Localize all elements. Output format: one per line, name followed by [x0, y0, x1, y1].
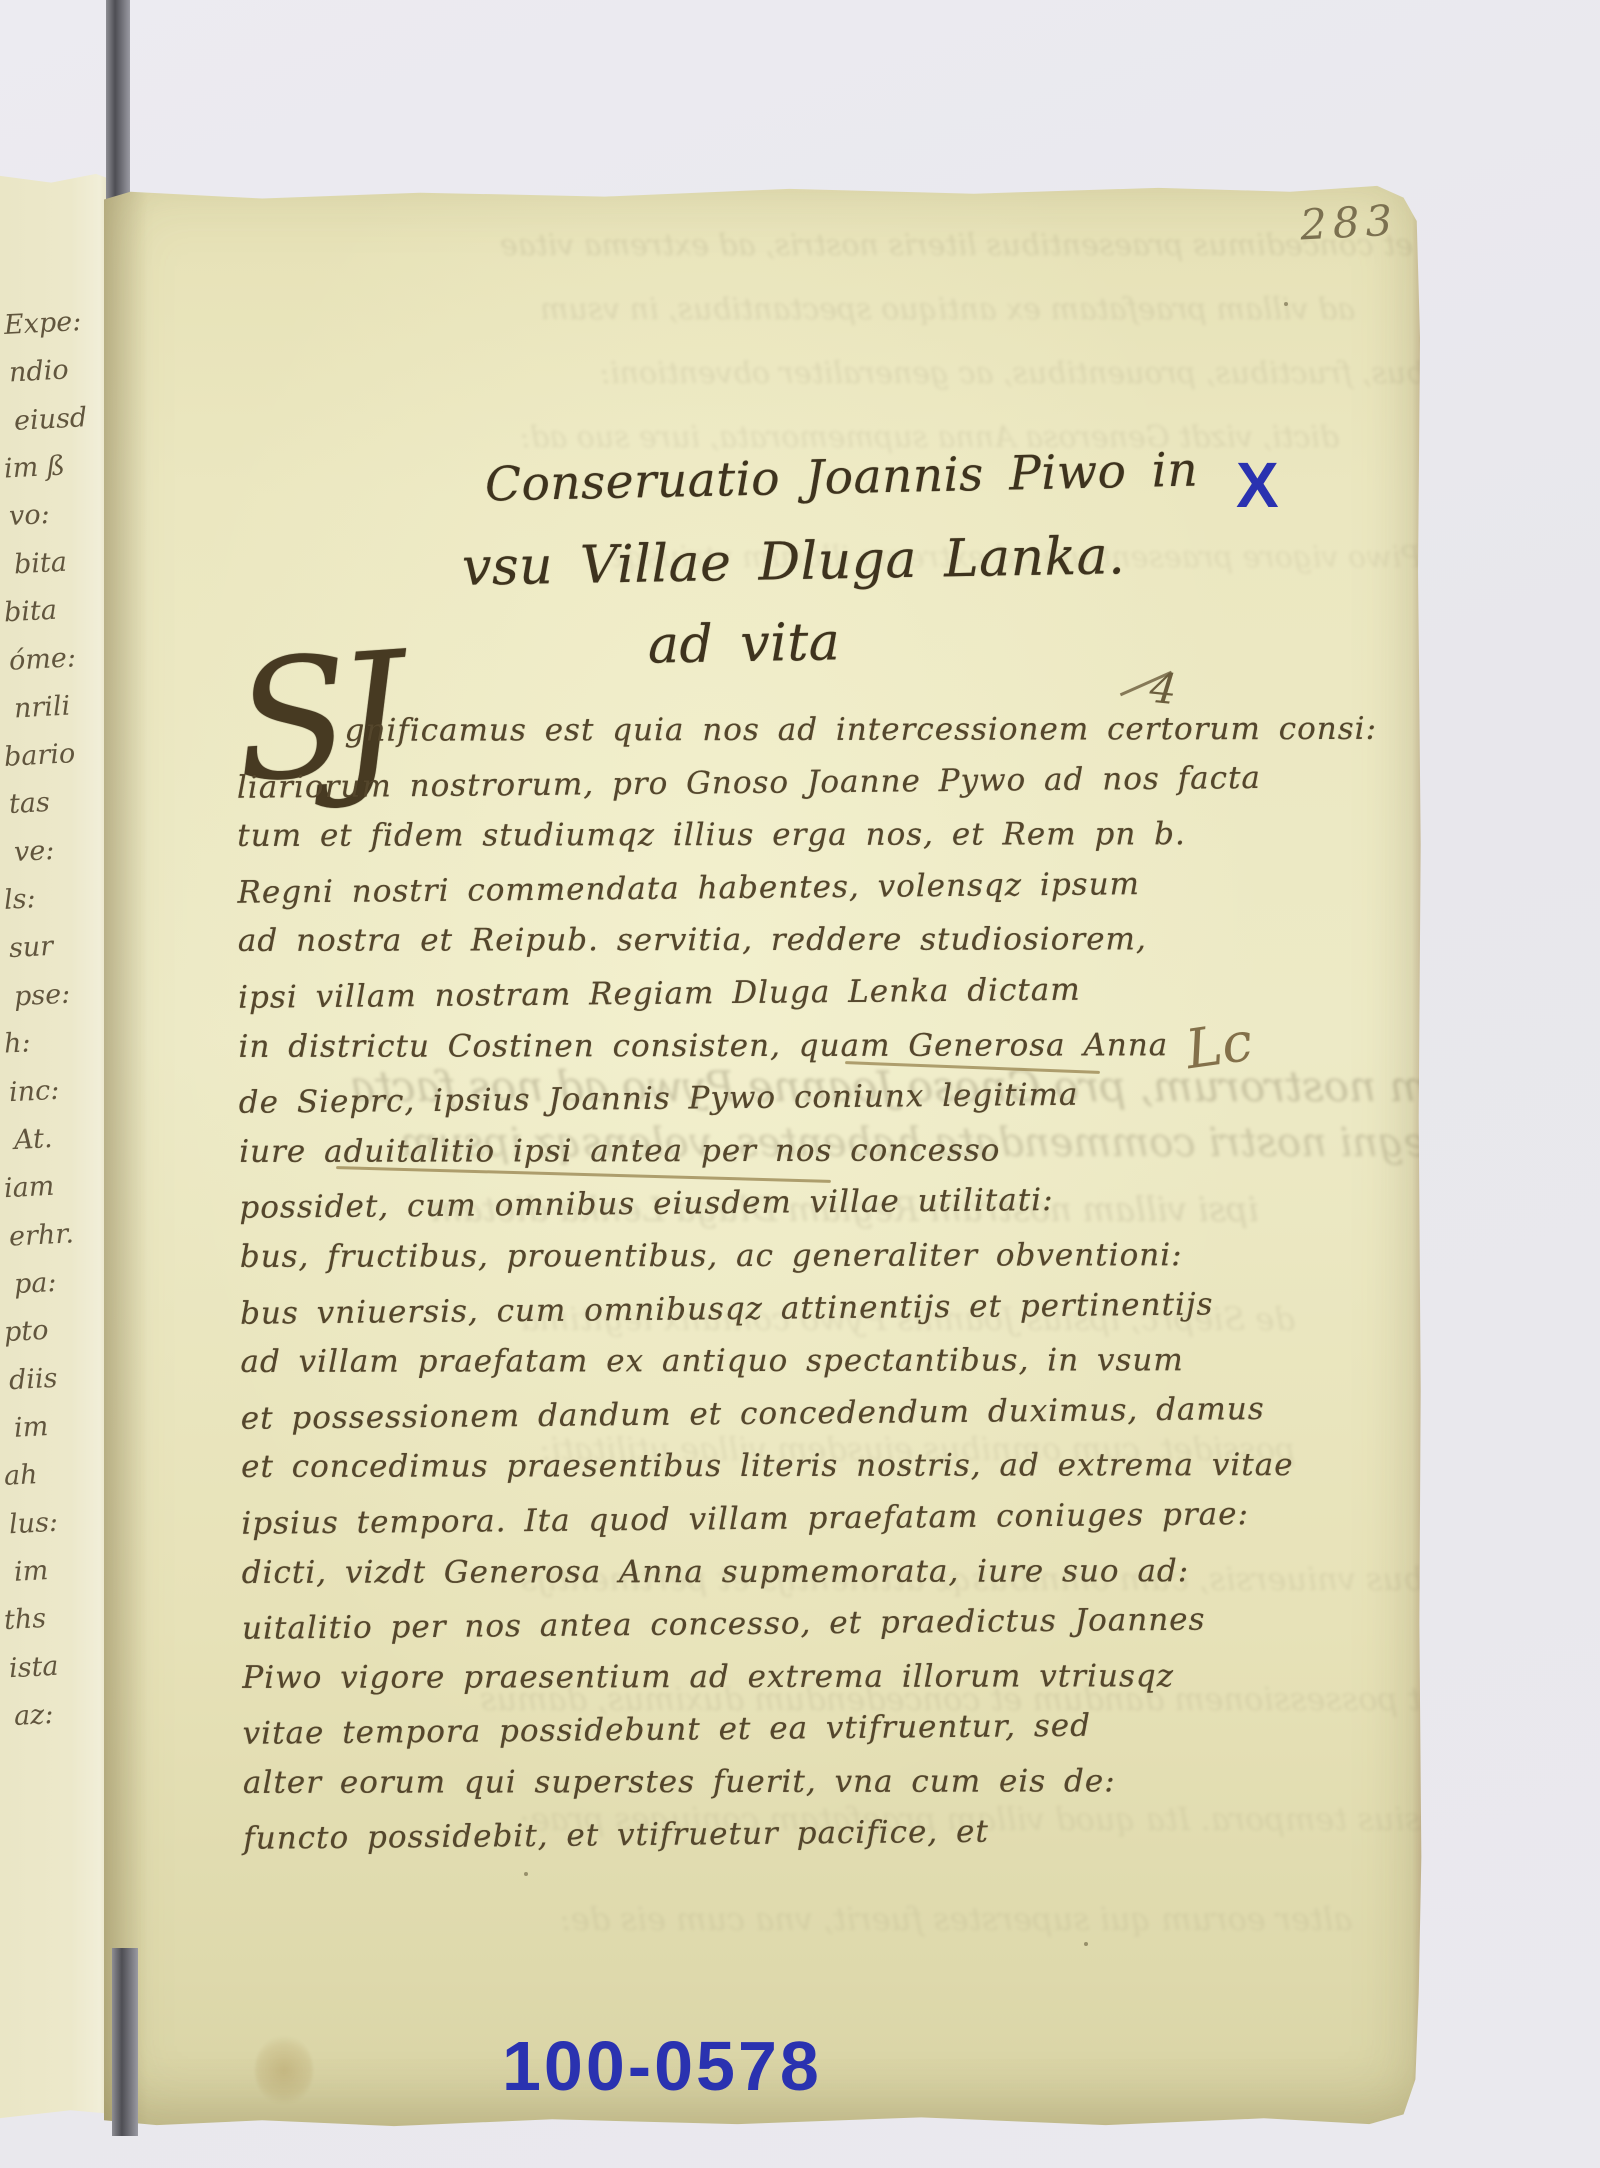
prev-page-fragment: pse: [13, 979, 71, 1013]
body-line: ad villam praefatam ex antiquo spectanti… [240, 1342, 1240, 1396]
speck [1084, 1942, 1088, 1946]
body-line: liariorum nostrorum, pro Gnoso Joanne Py… [237, 760, 1237, 822]
speck [524, 1872, 528, 1876]
page-holder-rod-top [106, 0, 130, 210]
prev-page-fragment: ths [3, 1603, 47, 1636]
prev-page-fragment: ah [3, 1459, 38, 1492]
prev-page-fragment: ista [8, 1651, 59, 1685]
body-line: vitae tempora possidebunt et ea vtifruen… [243, 1706, 1243, 1768]
prev-page-fragment: ls: [3, 883, 36, 916]
page-number: 283 [1299, 195, 1400, 249]
speck [1284, 302, 1288, 306]
body-line: ipsi villam nostram Regiam Dluga Lenka d… [238, 970, 1238, 1032]
catalog-number-label: 100-0578 [502, 2026, 822, 2106]
prev-page-fragment: sur [8, 931, 54, 964]
body-line: de Sieprc, ipsius Joannis Pywo coniunx l… [239, 1075, 1239, 1137]
body-line: functo possidebit, et vtifruetur pacific… [243, 1812, 1243, 1874]
body-line: dicti, vizdt Generosa Anna supmemorata, … [242, 1553, 1242, 1607]
body-line: alter eorum qui superstes fuerit, vna cu… [243, 1763, 1243, 1817]
prev-page-fragment: nrili [13, 691, 71, 725]
manuscript-page: et concedimus praesentibus literis nostr… [104, 182, 1422, 2130]
prev-page-fragment: bita [13, 547, 67, 581]
prev-page-fragment: eiusd [13, 402, 88, 437]
ghost-writing: ad villam praefatam ex antiquo spectanti… [540, 292, 1355, 327]
prev-page-fragment: bita [3, 595, 57, 629]
prev-page-fragment: im [13, 1555, 49, 1588]
body-line: bus, fructibus, prouentibus, ac generali… [240, 1237, 1240, 1291]
prev-page-fragment: lus: [8, 1507, 59, 1541]
body-line: Regni nostri commendata habentes, volens… [237, 865, 1237, 927]
prev-page-fragment: pa: [13, 1267, 57, 1300]
prev-page-fragment: h: [3, 1027, 31, 1059]
page-holder-rod-bottom [112, 1948, 138, 2136]
prev-page-fragment: im ß [3, 450, 65, 484]
title-line-2: vsu Villae Dluga Lanka. [462, 526, 1126, 598]
body-line: ipsius tempora. Ita quod villam praefata… [241, 1496, 1241, 1558]
title-line-3: ad vita [647, 612, 840, 675]
body-line: tum et fidem studiumqz illius erga nos, … [237, 816, 1237, 870]
ghost-writing: alter eorum qui superstes fuerit, vna cu… [560, 1900, 1352, 1938]
blue-x-mark: X [1236, 448, 1279, 522]
prev-page-fragment: At. [13, 1123, 53, 1156]
prev-page-fragment: Expe: [3, 306, 82, 341]
prev-page-fragment: im [13, 1411, 49, 1444]
prev-page-fragment: inc: [8, 1075, 60, 1109]
prev-page-fragment: diis [8, 1363, 58, 1396]
body-text: gnificamus est quia nos ad intercessione… [236, 709, 1243, 1872]
manuscript-photo: Expe:ndioeiusdim ßvo:bitabitaóme:nriliba… [0, 0, 1600, 2168]
body-line: bus vniuersis, cum omnibusqz attinentijs… [240, 1286, 1240, 1348]
prev-page-fragment: erhr. [8, 1218, 74, 1252]
body-line: ad nostra et Reipub. servitia, reddere s… [238, 922, 1238, 976]
prev-page-fragment: ndio [8, 354, 69, 388]
body-line: uitalitio per nos antea concesso, et pra… [242, 1601, 1242, 1663]
prev-page-fragment: pto [3, 1315, 49, 1348]
ghost-writing: et concedimus praesentibus literis nostr… [500, 228, 1413, 263]
prev-page-fragment: ve: [13, 835, 55, 868]
body-line: possidet, cum omnibus eiusdem villae uti… [239, 1181, 1239, 1243]
body-line: Piwo vigore praesentium ad extrema illor… [242, 1658, 1242, 1712]
prev-page-fragment: bario [3, 738, 76, 773]
ghost-writing: bus, fructibus, prouentibus, ac generali… [600, 356, 1425, 391]
body-line: et concedimus praesentibus literis nostr… [241, 1447, 1241, 1501]
margin-note: Lc [1182, 1010, 1256, 1082]
body-line: et possessionem dandum et concedendum du… [241, 1391, 1241, 1453]
prev-page-fragment: az: [13, 1699, 54, 1732]
stain [255, 2035, 313, 2105]
quire-mark: 4 [1148, 663, 1180, 715]
prev-page-fragment: vo: [8, 499, 50, 532]
body-line: gnificamus est quia nos ad intercessione… [237, 711, 1237, 765]
prev-page-fragment: tas [8, 787, 50, 820]
prev-page-fragment: óme: [8, 642, 76, 676]
prev-page-fragment: iam [3, 1171, 55, 1205]
